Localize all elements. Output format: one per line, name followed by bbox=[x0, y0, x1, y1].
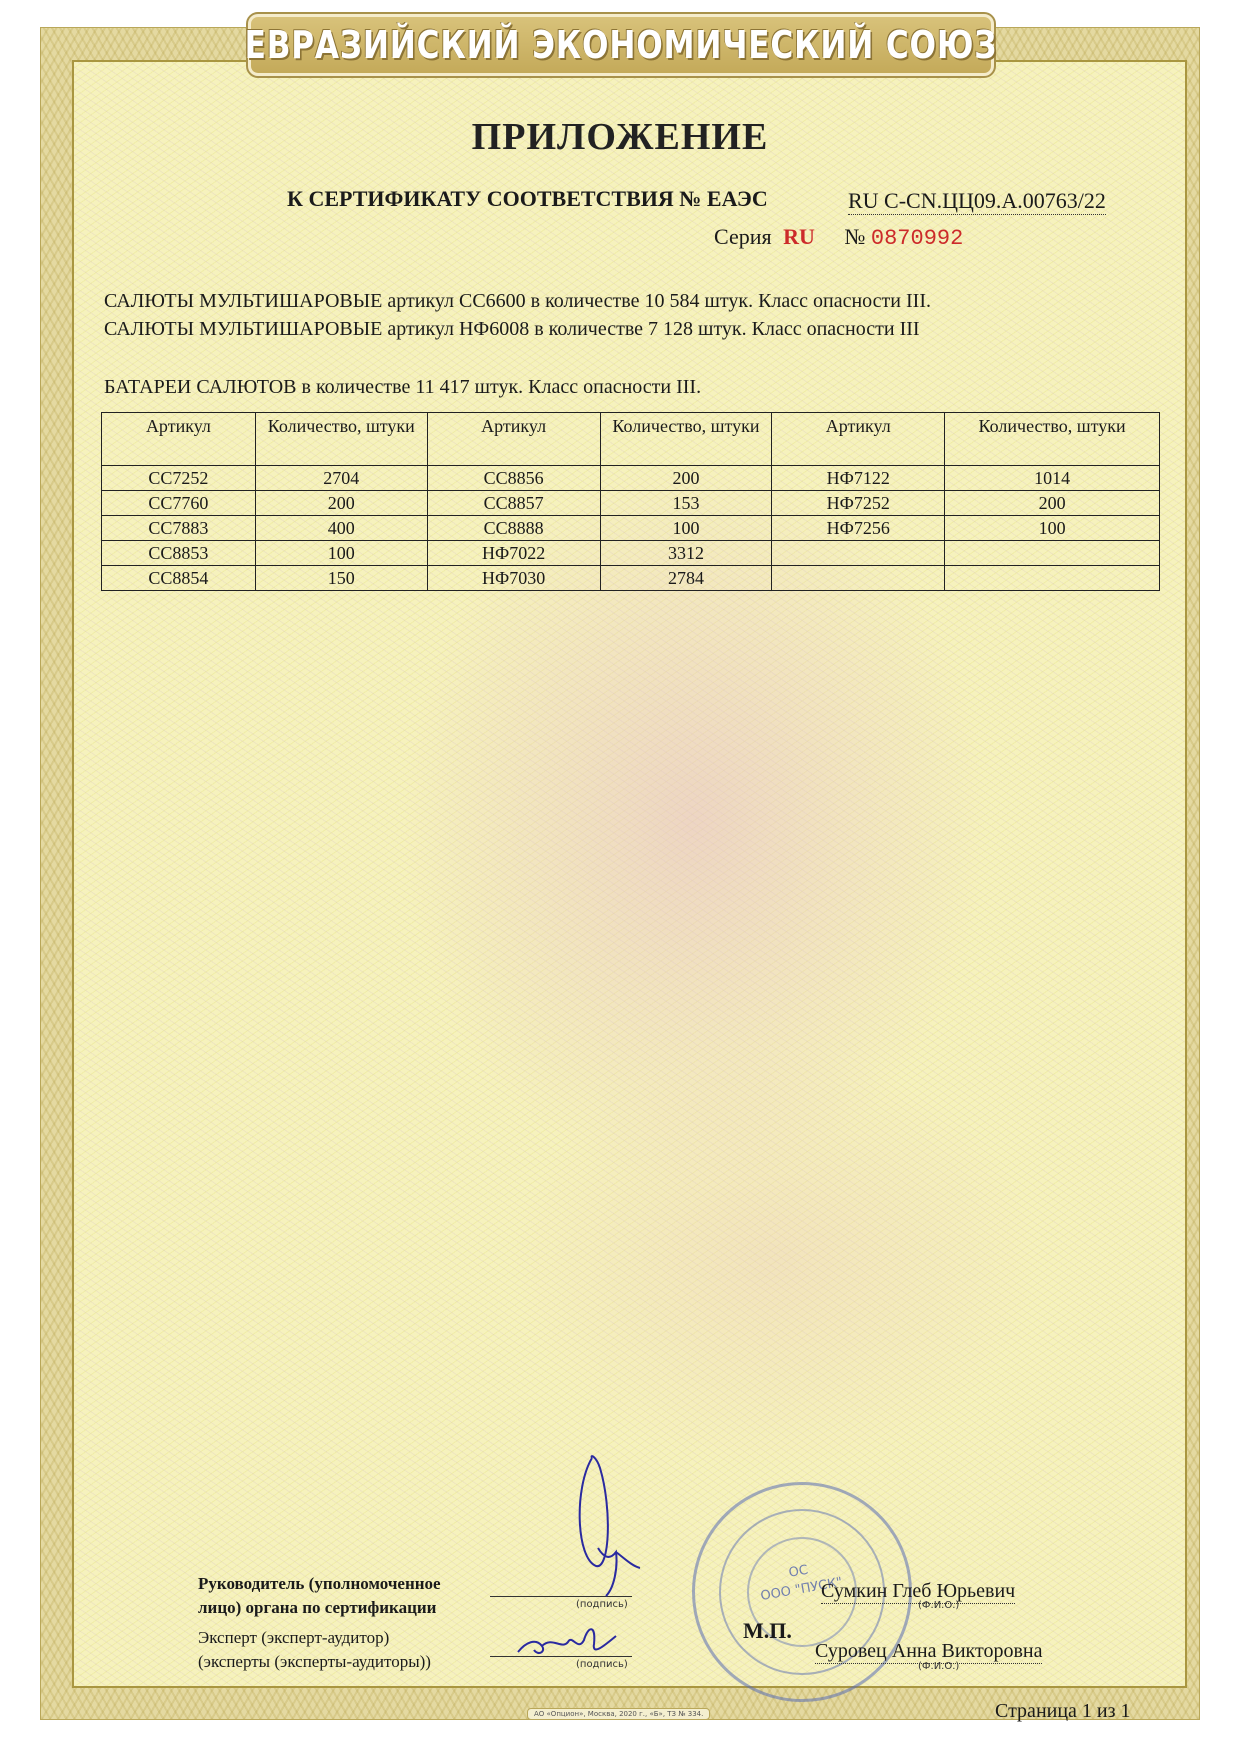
cell: 100 bbox=[600, 516, 772, 541]
number-label: № bbox=[844, 224, 865, 249]
cell: 1014 bbox=[945, 466, 1160, 491]
name-caption: (Ф.И.О.) bbox=[918, 1600, 959, 1611]
cell bbox=[945, 566, 1160, 591]
cell: 200 bbox=[255, 491, 427, 516]
certificate-subtitle: К СЕРТИФИКАТУ СООТВЕТСТВИЯ № ЕАЭС bbox=[287, 186, 768, 212]
table-row: СС8854 150 НФ7030 2784 bbox=[102, 566, 1160, 591]
cell: СС7252 bbox=[102, 466, 256, 491]
header-quantity: Количество, штуки bbox=[945, 413, 1160, 466]
series-value: RU bbox=[783, 224, 815, 249]
product-line-3: БАТАРЕИ САЛЮТОВ в количестве 11 417 штук… bbox=[104, 376, 701, 399]
cell: 200 bbox=[945, 491, 1160, 516]
header-article: Артикул bbox=[427, 413, 600, 466]
cell: 3312 bbox=[600, 541, 772, 566]
table-row: СС7883 400 СС8888 100 НФ7256 100 bbox=[102, 516, 1160, 541]
header-quantity: Количество, штуки bbox=[600, 413, 772, 466]
cell: 2704 bbox=[255, 466, 427, 491]
expert-signature-icon bbox=[512, 1616, 632, 1666]
cell: 2784 bbox=[600, 566, 772, 591]
cell: СС8888 bbox=[427, 516, 600, 541]
cell: 153 bbox=[600, 491, 772, 516]
expert-label: Эксперт (эксперт-аудитор) (эксперты (экс… bbox=[198, 1626, 431, 1674]
page-number: Страница 1 из 1 bbox=[995, 1700, 1131, 1723]
header-quantity: Количество, штуки bbox=[255, 413, 427, 466]
cell: СС7883 bbox=[102, 516, 256, 541]
seal-label: М.П. bbox=[743, 1618, 792, 1644]
cell bbox=[772, 541, 945, 566]
header-article: Артикул bbox=[102, 413, 256, 466]
head-signature-icon bbox=[570, 1448, 650, 1608]
cell: СС8854 bbox=[102, 566, 256, 591]
header-article: Артикул bbox=[772, 413, 945, 466]
product-line-1: САЛЮТЫ МУЛЬТИШАРОВЫЕ артикул СС6600 в ко… bbox=[104, 290, 931, 313]
head-label: Руководитель (уполномоченное лицо) орган… bbox=[198, 1572, 441, 1620]
cell: СС8856 bbox=[427, 466, 600, 491]
cell: НФ7122 bbox=[772, 466, 945, 491]
table-row: СС8853 100 НФ7022 3312 bbox=[102, 541, 1160, 566]
cell: 150 bbox=[255, 566, 427, 591]
series-label: Серия bbox=[714, 224, 772, 249]
cell: 200 bbox=[600, 466, 772, 491]
cell: 400 bbox=[255, 516, 427, 541]
cell: 100 bbox=[255, 541, 427, 566]
name-caption: (Ф.И.О.) bbox=[918, 1661, 959, 1672]
cell bbox=[772, 566, 945, 591]
product-line-2: САЛЮТЫ МУЛЬТИШАРОВЫЕ артикул НФ6008 в ко… bbox=[104, 318, 920, 341]
cell: 100 bbox=[945, 516, 1160, 541]
cell: СС8853 bbox=[102, 541, 256, 566]
certificate-number: RU C-CN.ЦЦ09.А.00763/22 bbox=[848, 188, 1106, 215]
cell: НФ7022 bbox=[427, 541, 600, 566]
series-line: Серия RU № 0870992 bbox=[714, 224, 963, 251]
cell: НФ7030 bbox=[427, 566, 600, 591]
union-name: ЕВРАЗИЙСКИЙ ЭКОНОМИЧЕСКИЙ СОЮЗ bbox=[245, 23, 998, 67]
cell bbox=[945, 541, 1160, 566]
page-title: ПРИЛОЖЕНИЕ bbox=[0, 115, 1240, 159]
articles-table: Артикул Количество, штуки Артикул Количе… bbox=[101, 412, 1160, 591]
table-header-row: Артикул Количество, штуки Артикул Количе… bbox=[102, 413, 1160, 466]
cell: СС8857 bbox=[427, 491, 600, 516]
cell: НФ7256 bbox=[772, 516, 945, 541]
printer-imprint: АО «Опцион», Москва, 2020 г., «Б», ТЗ № … bbox=[527, 1708, 710, 1720]
cell: НФ7252 bbox=[772, 491, 945, 516]
cell: СС7760 bbox=[102, 491, 256, 516]
table-row: СС7252 2704 СС8856 200 НФ7122 1014 bbox=[102, 466, 1160, 491]
union-header-badge: ЕВРАЗИЙСКИЙ ЭКОНОМИЧЕСКИЙ СОЮЗ bbox=[248, 14, 994, 76]
table-row: СС7760 200 СС8857 153 НФ7252 200 bbox=[102, 491, 1160, 516]
serial-number: 0870992 bbox=[871, 226, 963, 251]
